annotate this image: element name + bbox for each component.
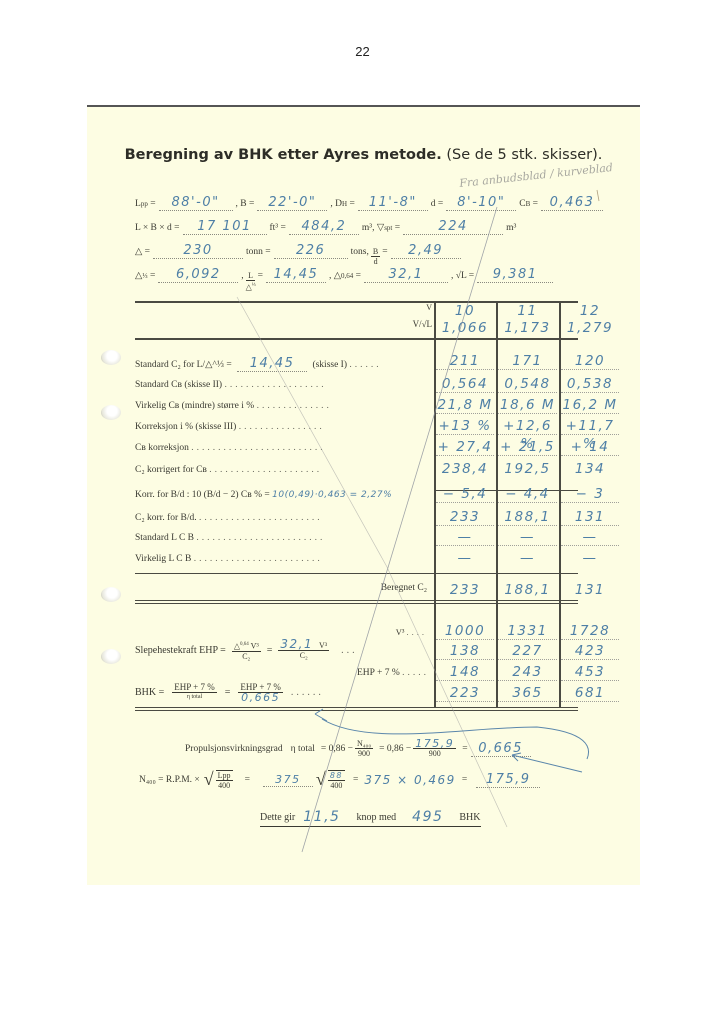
punch-hole-icon bbox=[101, 405, 121, 420]
hw-num: 175,9 bbox=[413, 739, 456, 749]
scanned-form-sheet: Beregning av BHK etter Ayres metode. (Se… bbox=[87, 105, 640, 885]
table-cell: — bbox=[498, 549, 557, 567]
ehp-formula: Slepehestekraft EHP = △0,64 V³C₂ = 32,1 … bbox=[135, 640, 358, 661]
dh-value: 11'-8" bbox=[358, 195, 428, 211]
ehp7-label: EHP + 7 % ..... bbox=[287, 668, 429, 678]
row-label-virkelig-lcb: Virkelig L C B ........................ bbox=[135, 554, 435, 564]
hw-den: 900 bbox=[429, 749, 441, 758]
label-text: Standard Cʙ (skisse II) bbox=[135, 380, 222, 390]
v3-text: V³ bbox=[396, 627, 405, 637]
hw-den: 400 bbox=[330, 781, 342, 790]
table-cell: — bbox=[436, 528, 494, 546]
spt-value: 224 bbox=[403, 219, 503, 235]
hw-num: 88 bbox=[328, 771, 345, 781]
frac-num: N₄₀₀ bbox=[355, 739, 373, 749]
margin-note: Fra anbudsblad / kurveblad bbox=[459, 161, 614, 190]
tonn-unit: tonn = bbox=[246, 247, 271, 257]
table-cell: 211 bbox=[436, 352, 494, 370]
bd-value: 2,49 bbox=[391, 243, 461, 259]
label-text: Korr. for B/d : 10 (B/d − 2) Cʙ % = bbox=[135, 490, 270, 500]
delta13-label: △ bbox=[135, 270, 142, 281]
table-cell: 18,6 M bbox=[498, 396, 557, 414]
row-label-virkelig-cb: Virkelig Cʙ (mindre) større i % ........… bbox=[135, 401, 435, 411]
n400-fraction: N₄₀₀900 bbox=[355, 739, 373, 758]
n400-label: N₄₀₀ = R.P.M. × bbox=[139, 775, 200, 785]
spt-unit: m³ bbox=[506, 223, 516, 233]
dh-label: , D bbox=[330, 199, 342, 209]
lpp-sqrt-fraction: Lpp400 bbox=[216, 770, 233, 790]
row-label-cb-korreksjon: Cʙ korreksjon ......................... bbox=[135, 443, 435, 453]
d-label: d = bbox=[431, 199, 443, 209]
label-text: Korreksjon i % (skisse III) bbox=[135, 422, 236, 432]
table-cell: 0,538 bbox=[561, 375, 619, 393]
summary-line: Dette gir 11,5 knop med 495 BHK bbox=[260, 809, 481, 827]
propulsion-eq: = 0,86 − bbox=[321, 744, 353, 754]
bhk-formula: BHK = EHP + 7 %η total = EHP + 7 %0,665 … bbox=[135, 683, 324, 702]
tons-value: 226 bbox=[274, 243, 348, 259]
b-value: 22'-0" bbox=[257, 195, 327, 211]
ft3-unit: ft³ = bbox=[270, 223, 286, 233]
summary-prefix: Dette gir bbox=[260, 812, 295, 823]
label-suffix: (skisse I) bbox=[312, 360, 347, 370]
speed-value: 12 bbox=[561, 302, 619, 320]
rpm-value: 375 bbox=[263, 773, 313, 787]
frac-num: Lpp bbox=[216, 771, 233, 781]
ehp7-cell: 148 bbox=[436, 663, 494, 681]
beregnet-bottom-rule bbox=[135, 600, 578, 604]
table-bottom-rule bbox=[135, 707, 578, 711]
tonn-value: 230 bbox=[153, 243, 243, 259]
bhk-cell: 365 bbox=[498, 684, 557, 702]
bhk-inline-value: 0,665 bbox=[241, 693, 280, 702]
label-text: C₂ korrigert for Cʙ bbox=[135, 465, 207, 475]
ehp7-cell: 453 bbox=[561, 663, 619, 681]
n400-result: 175,9 bbox=[476, 772, 540, 788]
table-cell: +13 % bbox=[436, 417, 494, 435]
table-cell: 238,4 bbox=[436, 460, 494, 478]
ehp-label: Slepehestekraft EHP = bbox=[135, 645, 226, 656]
hw-fraction: 175,9900 bbox=[413, 739, 456, 758]
ehp-fraction-filled: 32,1 V³C₂ bbox=[278, 640, 329, 660]
ehp7-cell: 243 bbox=[498, 663, 557, 681]
inline-value: 14,45 bbox=[237, 356, 307, 372]
table-cell: + 21,5 bbox=[498, 438, 557, 456]
speed-header: V bbox=[377, 303, 432, 312]
sqrt-l-value: 9,381 bbox=[477, 267, 553, 283]
beregnet-cell: 131 bbox=[561, 581, 619, 599]
beregnet-top-rule bbox=[135, 573, 578, 574]
delta13-value: 6,092 bbox=[158, 267, 238, 283]
eta-result: 0,665 bbox=[471, 741, 531, 757]
cb-value: 0,463 bbox=[541, 195, 603, 211]
table-cell: — bbox=[561, 549, 619, 567]
beregnet-c2-label: Beregnet C₂ bbox=[287, 583, 427, 593]
title-main: Beregning av BHK etter Ayres metode. bbox=[125, 147, 442, 163]
beregnet-cell: 188,1 bbox=[498, 581, 557, 599]
propulsion-formula: Propulsjonsvirkningsgrad η total = 0,86 … bbox=[185, 739, 534, 758]
table-cell: +12,6 % bbox=[498, 417, 557, 435]
bhk-cell: 681 bbox=[561, 684, 619, 702]
table-cell: — bbox=[436, 549, 494, 567]
header-dimensions: Lpp = 88'-0" , B = 22'-0" , DH = 11'-8" … bbox=[135, 195, 606, 211]
delta-label: △ = bbox=[135, 246, 150, 257]
table-cell: 0,564 bbox=[436, 375, 494, 393]
ratio-value: 1,066 bbox=[436, 319, 494, 337]
l-over-delta-value: 14,45 bbox=[266, 267, 326, 283]
ratio-value: 1,173 bbox=[498, 319, 557, 337]
row-label-c2-korr-bd: C₂ korr. for B/d. ......................… bbox=[135, 513, 435, 523]
ehp-cell: 423 bbox=[561, 642, 619, 660]
row-label-korreksjon: Korreksjon i % (skisse III) ............… bbox=[135, 422, 435, 432]
table-cell: − 3 bbox=[561, 485, 619, 503]
table-cell: 171 bbox=[498, 352, 557, 370]
tons-unit: tons, bbox=[351, 247, 369, 257]
bhk-label: BHK = bbox=[135, 687, 164, 698]
header-bottom-rule bbox=[135, 338, 578, 340]
l-over-delta-fraction: L△⅓ bbox=[246, 271, 256, 292]
propulsion-eq2: = 0,86 − bbox=[379, 744, 411, 754]
summary-knots: 11,5 bbox=[303, 809, 340, 825]
ehp-fraction: △0,64 V³C₂ bbox=[232, 640, 261, 661]
lbd-label: L × B × d = bbox=[135, 223, 180, 233]
punch-hole-icon bbox=[101, 350, 121, 365]
table-cell: +11,7 % bbox=[561, 417, 619, 435]
ratio-value: 1,279 bbox=[561, 319, 619, 337]
inline-value: 10(0,49)·0,463 = 2,27% bbox=[272, 490, 392, 500]
table-cell: 134 bbox=[561, 460, 619, 478]
table-cell: — bbox=[498, 528, 557, 546]
n400-formula: N₄₀₀ = R.P.M. × √ Lpp400 = 375 √ 88400 =… bbox=[139, 769, 543, 790]
row-label-standard-cb: Standard Cʙ (skisse II) ................… bbox=[135, 380, 435, 390]
b-over-d-fraction: Bd bbox=[371, 247, 380, 266]
table-cell: 0,548 bbox=[498, 375, 557, 393]
speed-value: 11 bbox=[498, 302, 557, 320]
table-cell: 21,8 M bbox=[436, 396, 494, 414]
bhk-fraction: EHP + 7 %η total bbox=[172, 683, 217, 702]
v3-label: V³ .... bbox=[327, 627, 427, 637]
summary-mid: knop med bbox=[356, 812, 396, 823]
summary-bhk: 495 bbox=[412, 809, 443, 825]
table-cell: + 27,4 bbox=[436, 438, 494, 456]
label-text: Cʙ korreksjon bbox=[135, 443, 189, 453]
beregnet-cell: 233 bbox=[436, 581, 494, 599]
table-cell: 16,2 M bbox=[561, 396, 619, 414]
header-coefficients: △⅓ = 6,092, L△⅓= 14,45, △0,64 = 32,1, √L… bbox=[135, 267, 556, 292]
frac-den: 400 bbox=[218, 781, 230, 790]
label-text: Standard C₂ for L/△^⅓ = bbox=[135, 360, 232, 370]
hw-sqrt-fraction: 88400 bbox=[328, 770, 345, 790]
ratio-header: V/√L bbox=[377, 319, 432, 329]
table-cell: − 5,4 bbox=[436, 485, 494, 503]
row-label-standard-c2: Standard C₂ for L/△^⅓ = 14,45 (skisse I)… bbox=[135, 356, 435, 372]
v3-cell: 1728 bbox=[561, 622, 619, 640]
page-number: 22 bbox=[0, 44, 725, 59]
table-cell: + 14 bbox=[561, 438, 619, 456]
punch-hole-icon bbox=[101, 649, 121, 664]
table-cell: 233 bbox=[436, 508, 494, 526]
m3-unit: m³, ▽ bbox=[362, 222, 384, 233]
d-value: 8'-10" bbox=[446, 195, 516, 211]
table-cell: 131 bbox=[561, 508, 619, 526]
header-volume: L × B × d = 17 101 ft³ = 484,2 m³, ▽spt … bbox=[135, 219, 516, 235]
lpp-value: 88'-0" bbox=[159, 195, 233, 211]
speed-value: 10 bbox=[436, 302, 494, 320]
label-text: Virkelig Cʙ (mindre) større i % bbox=[135, 401, 254, 411]
m3-value: 484,2 bbox=[289, 219, 359, 235]
title-note: (Se de 5 stk. skisser). bbox=[446, 147, 602, 163]
table-cell: 188,1 bbox=[498, 508, 557, 526]
bhk-fraction-filled: EHP + 7 %0,665 bbox=[238, 683, 283, 702]
header-displacement: △ = 230 tonn = 226 tons, Bd= 2,49 bbox=[135, 243, 464, 266]
row-label-standard-lcb: Standard L C B ........................ bbox=[135, 533, 435, 543]
table-cell: 120 bbox=[561, 352, 619, 370]
table-cell: 192,5 bbox=[498, 460, 557, 478]
label-text: C₂ korr. for B/d. bbox=[135, 513, 197, 523]
ehp-cell: 227 bbox=[498, 642, 557, 660]
frac-den: 900 bbox=[358, 749, 370, 758]
table-cell: − 4,4 bbox=[498, 485, 557, 503]
n400-product: 375 × 0,469 bbox=[364, 773, 455, 787]
bhk-cell: 223 bbox=[436, 684, 494, 702]
b-label: , B = bbox=[236, 199, 255, 209]
table-cell: — bbox=[561, 528, 619, 546]
ehp-inline-value: 32,1 bbox=[280, 637, 313, 651]
row-label-korr-bd: Korr. for B/d : 10 (B/d − 2) Cʙ % = 10(0… bbox=[135, 490, 445, 500]
ehp-cell: 138 bbox=[436, 642, 494, 660]
row-label-c2-korrigert: C₂ korrigert for Cʙ ....................… bbox=[135, 465, 435, 475]
v3-cell: 1000 bbox=[436, 622, 494, 640]
label-text: Standard L C B bbox=[135, 533, 194, 543]
punch-hole-icon bbox=[101, 587, 121, 602]
delta064-value: 32,1 bbox=[364, 267, 448, 283]
summary-suffix: BHK bbox=[459, 812, 480, 823]
form-title: Beregning av BHK etter Ayres metode. (Se… bbox=[87, 147, 640, 163]
eta-label: η total bbox=[291, 744, 315, 754]
propulsion-label: Propulsjonsvirkningsgrad bbox=[185, 744, 283, 754]
v3-cell: 1331 bbox=[498, 622, 557, 640]
label-text: Virkelig L C B bbox=[135, 554, 191, 564]
ft3-value: 17 101 bbox=[183, 219, 267, 235]
ehp7-text: EHP + 7 % bbox=[357, 668, 400, 678]
